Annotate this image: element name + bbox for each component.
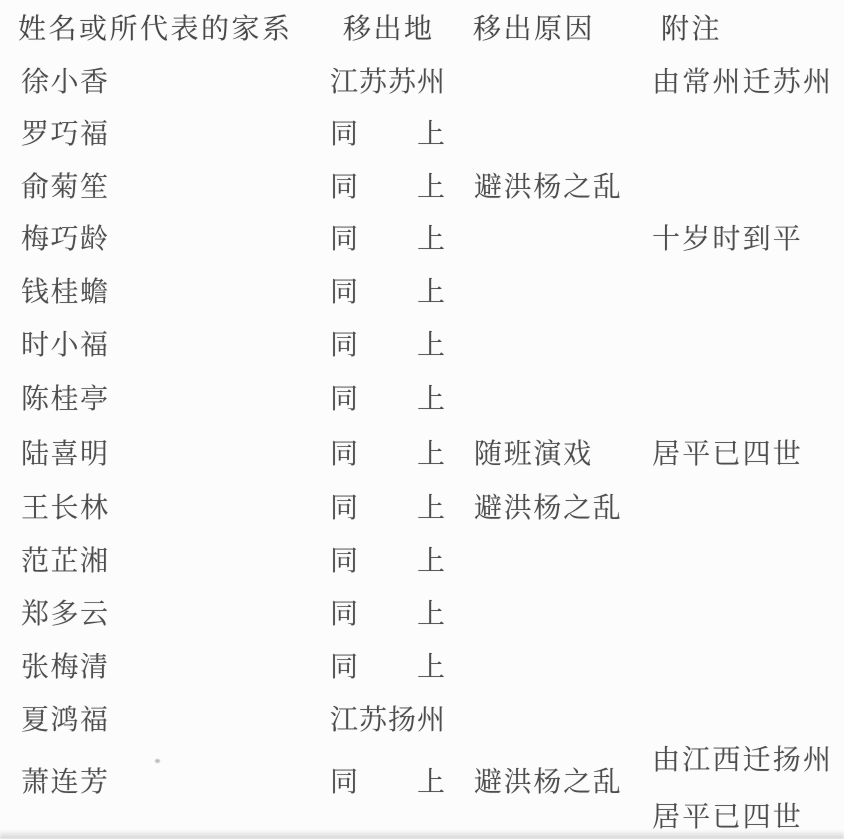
- cell-name: 张梅清: [21, 653, 110, 683]
- cell-note: 十岁时到平: [652, 225, 803, 255]
- cell-name: 徐小香: [21, 68, 110, 98]
- cell-origin: 同上: [330, 173, 445, 203]
- cell-note: 由常州迁苏州: [652, 68, 833, 98]
- cell-note-line-1: 由江西迁扬州: [652, 746, 833, 776]
- table-row: 陆喜明 同上 随班演戏 居平已四世: [0, 440, 844, 470]
- table-row: 时小福 同上: [0, 331, 844, 361]
- cell-name: 时小福: [21, 331, 110, 361]
- cell-name: 王长林: [21, 494, 110, 524]
- table-row: 范芷湘 同上: [0, 547, 844, 577]
- cell-name: 郑多云: [21, 600, 110, 630]
- column-header-origin: 移出地: [343, 14, 435, 44]
- cell-origin: 同上: [330, 768, 445, 798]
- table-row: 俞菊笙 同上 避洪杨之乱: [0, 173, 844, 203]
- cell-origin: 同上: [330, 653, 445, 683]
- table-row: 陈桂亭 同上: [0, 385, 844, 415]
- cell-origin: 同上: [330, 120, 445, 150]
- table-row: 徐小香 江苏苏州 由常州迁苏州: [0, 68, 844, 98]
- cell-name: 萧连芳: [21, 768, 110, 798]
- cell-name: 梅巧龄: [21, 225, 110, 255]
- cell-name: 俞菊笙: [21, 173, 110, 203]
- cell-origin: 同上: [330, 225, 445, 255]
- scan-speck: [155, 759, 160, 763]
- table-row: 梅巧龄 同上 十岁时到平: [0, 225, 844, 255]
- column-header-reason: 移出原因: [473, 14, 595, 44]
- column-header-note: 附注: [661, 14, 722, 44]
- column-header-name: 姓名或所代表的家系: [18, 14, 293, 44]
- table-row: 郑多云 同上: [0, 600, 844, 630]
- cell-origin: 同上: [330, 494, 445, 524]
- cell-name: 陆喜明: [21, 440, 110, 470]
- cell-origin: 同上: [330, 440, 445, 470]
- table-row: 钱桂蟾 同上: [0, 278, 844, 308]
- cell-origin: 同上: [330, 600, 445, 630]
- cell-name: 范芷湘: [21, 547, 110, 577]
- cell-name: 夏鸿福: [21, 706, 110, 736]
- cell-origin: 同上: [330, 547, 445, 577]
- cell-name: 陈桂亭: [21, 385, 110, 415]
- cell-origin: 同上: [330, 278, 445, 308]
- page-edge-shadow: [0, 830, 844, 839]
- document-page: 姓名或所代表的家系 移出地 移出原因 附注 徐小香 江苏苏州 由常州迁苏州 罗巧…: [0, 0, 844, 839]
- cell-origin: 江苏苏州: [330, 68, 445, 98]
- table-row: 王长林 同上 避洪杨之乱: [0, 494, 844, 524]
- cell-note-line-2: 居平已四世: [652, 803, 803, 833]
- cell-reason: 随班演戏: [474, 440, 593, 470]
- cell-name: 罗巧福: [21, 120, 110, 150]
- cell-reason: 避洪杨之乱: [474, 494, 623, 524]
- cell-origin: 同上: [330, 331, 445, 361]
- table-row: 夏鸿福 江苏扬州: [0, 706, 844, 736]
- cell-reason: 避洪杨之乱: [474, 768, 623, 798]
- cell-origin: 江苏扬州: [330, 706, 445, 736]
- cell-name: 钱桂蟾: [21, 278, 110, 308]
- table-header-row: 姓名或所代表的家系 移出地 移出原因 附注: [0, 14, 844, 44]
- cell-note: 居平已四世: [652, 440, 803, 470]
- cell-origin: 同上: [330, 385, 445, 415]
- table-row: 张梅清 同上: [0, 653, 844, 683]
- cell-reason: 避洪杨之乱: [474, 173, 623, 203]
- table-row: 罗巧福 同上: [0, 120, 844, 150]
